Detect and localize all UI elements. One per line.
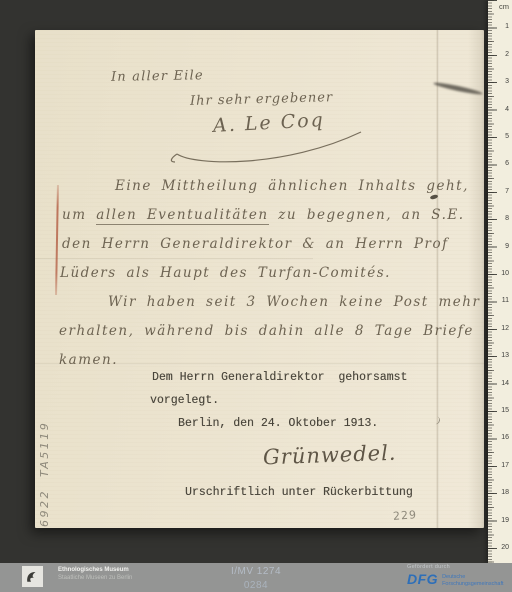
horizontal-fold-line [35,258,313,260]
ruler-mark: 5 [505,133,509,141]
ruler-mark: 18 [501,489,509,497]
archive-scan-viewport: In aller Eile Ihr sehr ergebener A. Le C… [0,0,512,592]
ruler-mark: 19 [501,517,509,525]
ruler-mark: 11 [502,297,509,305]
typed-date-line: Berlin, den 24. Oktober 1913. [178,418,378,430]
handwritten-body-line: Eine Mittheilung ähnlichen Inhalts geht, [115,180,469,194]
handwritten-body-line: Lüders als Haupt des Turfan-Comités. [60,267,391,281]
handwritten-header-line: In aller Eile [111,69,204,84]
letter-page: In aller Eile Ihr sehr ergebener A. Le C… [35,30,484,528]
funding-note: Gefördert durch [407,564,504,570]
ruler-cm-ticks [488,0,497,563]
pencil-inventory-number: 6922 TA5119 [39,377,50,527]
ruler-mark: 6 [505,160,509,168]
handwritten-body-line: Wir haben seit 3 Wochen keine Post mehr [108,296,480,310]
dfg-full-name: Deutsche Forschungsgemeinschaft [442,574,503,587]
typed-closing-line: Urschriftlich unter Rückerbittung [185,487,413,499]
typed-note-line: vorgelegt. [150,395,219,407]
red-margin-line [55,185,59,295]
handwritten-header-line: Ihr sehr ergebener [190,91,333,108]
handwritten-body-line: kamen. [59,354,118,368]
body-line2-pre: um [62,207,96,223]
ruler-mark: 20 [501,544,509,552]
ruler-mark: 4 [505,106,509,114]
ruler-mark: 8 [505,215,509,223]
signature-gruenwedel: Grünwedel. [263,443,397,469]
ruler-mark: 9 [505,243,509,251]
ruler-mark: 15 [501,407,509,415]
pencil-tick-mark [430,415,441,425]
dfg-logo: DFG Deutsche Forschungsgemeinschaft [407,572,504,587]
ruler-mark: 10 [501,270,509,278]
ruler-mark: 2 [505,51,509,59]
signature-flourish [165,126,375,168]
handwritten-body-line: den Herrn Generaldirektor & an Herrn Pro… [62,238,449,252]
ruler-mark: 1 [505,23,509,31]
body-line2-post: zu begegnen, an S.E. [269,207,465,223]
ruler-mark: 16 [501,434,509,442]
ruler-mark: 17 [501,462,509,470]
ruler-mark: 7 [505,188,509,196]
handwritten-body-line: um allen Eventualitäten zu begegnen, an … [62,209,465,223]
pencil-page-number: 229 [393,509,418,522]
ruler-mark: 14 [501,380,509,388]
ruler-unit-label: cm [499,2,509,11]
ruler: cm 1 2 3 4 5 6 7 8 9 10 11 12 13 14 15 1… [488,0,512,563]
ruler-mark: 3 [505,78,509,86]
body-line2-underlined: allen Eventualitäten [96,207,268,225]
vertical-fold-line [436,30,439,528]
ruler-mark: 12 [501,325,509,333]
ruler-mark: 13 [501,352,509,360]
dfg-name-line2: Forschungsgemeinschaft [442,581,503,588]
typed-note-line: Dem Herrn Generaldirektor gehorsamst [152,372,407,384]
dfg-acronym: DFG [407,572,438,586]
footer-bar: Ethnologisches Museum Staatliche Museen … [0,563,512,592]
handwritten-body-line: erhalten, während bis dahin alle 8 Tage … [59,325,474,339]
paper-edge-shadow [433,81,483,96]
dfg-logo-block: Gefördert durch DFG Deutsche Forschungsg… [407,564,504,587]
